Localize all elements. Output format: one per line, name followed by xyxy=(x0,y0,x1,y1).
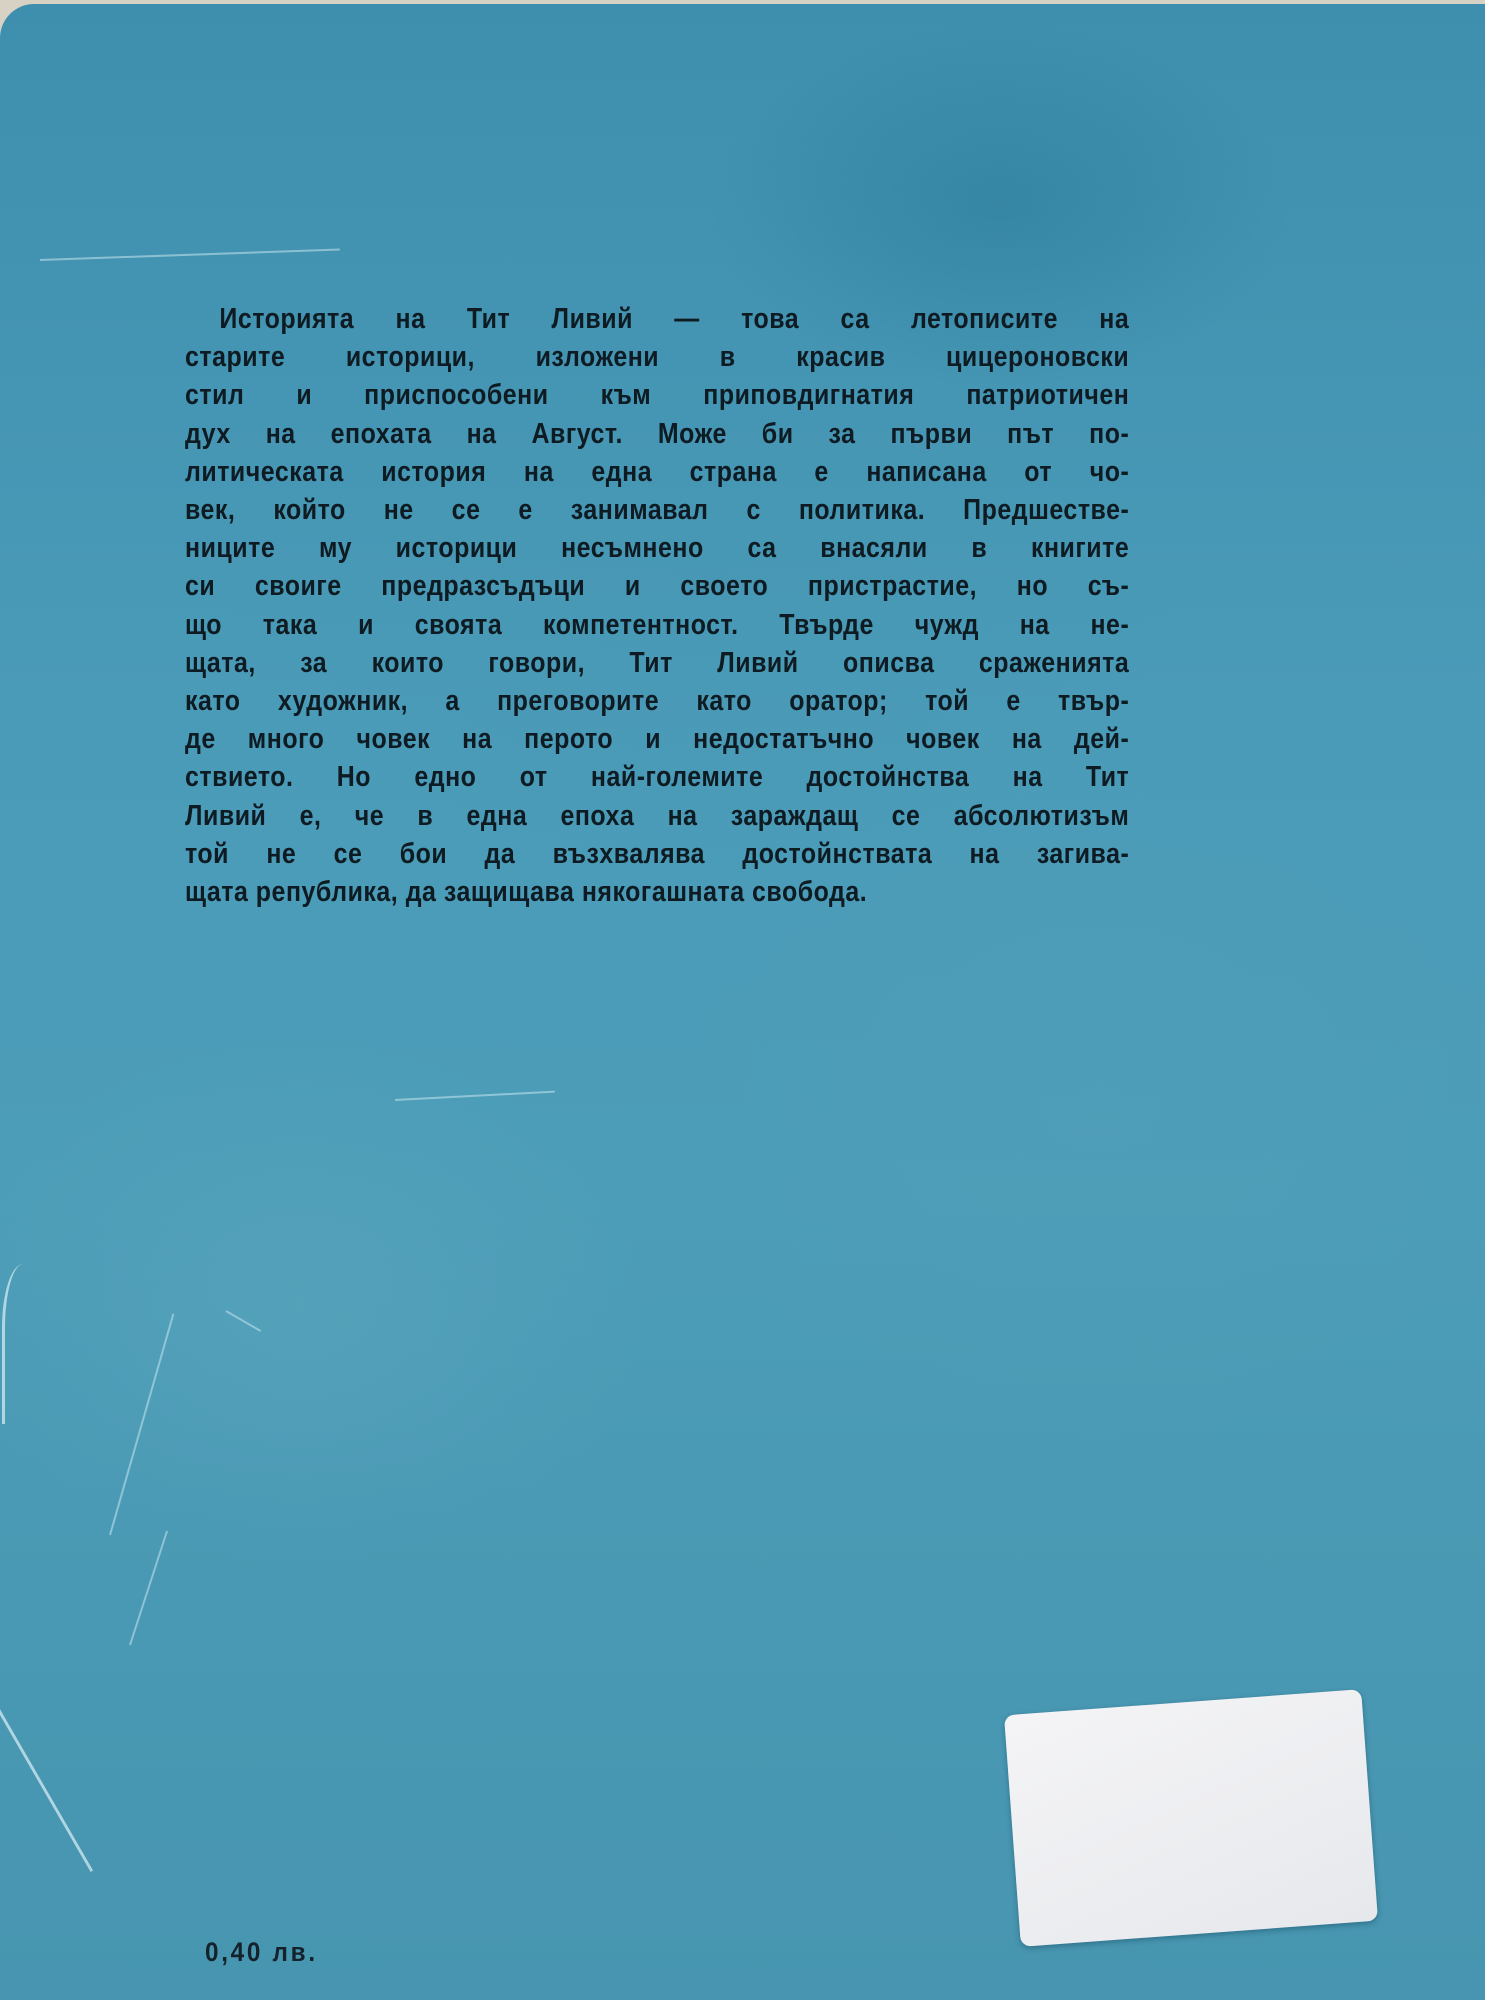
price-label: 0,40 лв. xyxy=(205,1937,318,1968)
blurb-line: Ливий е, че в една епоха на зараждащ се … xyxy=(185,797,1129,835)
blurb-line: ствието. Но едно от най-големите достойн… xyxy=(185,758,1129,796)
scratch-mark xyxy=(226,1310,262,1332)
blurb-line: де много човек на перото и недостатъчно … xyxy=(185,720,1129,758)
blurb-line: старите историци, изложени в красив цице… xyxy=(185,338,1129,376)
blurb-line: ниците му историци несъмнено са внасяли … xyxy=(185,529,1129,567)
scratch-mark xyxy=(395,1091,555,1101)
back-cover-blurb: Историята на Тит Ливий — това са летопис… xyxy=(185,300,1129,911)
book-back-cover: Историята на Тит Ливий — това са летопис… xyxy=(0,4,1485,2000)
worn-edge xyxy=(2,1264,55,1424)
blurb-line: век, който не се е занимавал с политика.… xyxy=(185,491,1129,529)
blurb-line: щата, за които говори, Тит Ливий описва … xyxy=(185,644,1129,682)
blurb-line: щата република, да защищава някогашната … xyxy=(185,873,1129,911)
blurb-line: като художник, а преговорите като оратор… xyxy=(185,682,1129,720)
blurb-line: той не се бои да възхвалява достойнстват… xyxy=(185,835,1129,873)
blurb-line: си своиге предразсъдъци и своето пристра… xyxy=(185,567,1129,605)
scratch-mark xyxy=(40,249,340,261)
blurb-line: Историята на Тит Ливий — това са летопис… xyxy=(185,300,1129,338)
blurb-line: литическата история на една страна е нап… xyxy=(185,453,1129,491)
scratch-mark xyxy=(109,1314,174,1536)
blurb-line: дух на епохата на Август. Може би за пър… xyxy=(185,415,1129,453)
price-sticker xyxy=(1004,1689,1378,1947)
worn-edge xyxy=(0,1556,188,1872)
scratch-mark xyxy=(129,1531,168,1646)
blurb-line: що така и своята компетентност. Твърде ч… xyxy=(185,606,1129,644)
blurb-line: стил и приспособени към приповдигнатия п… xyxy=(185,376,1129,414)
